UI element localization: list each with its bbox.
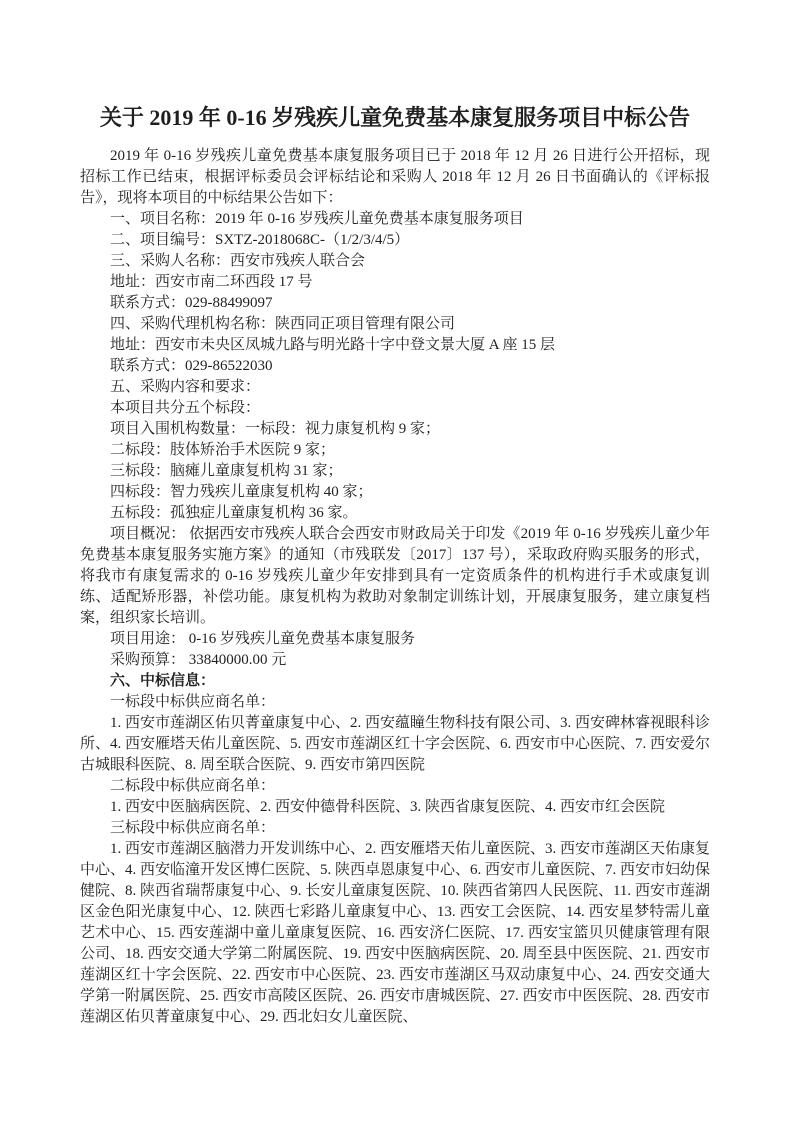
document-page: 关于 2019 年 0-16 岁残疾儿童免费基本康复服务项目中标公告 2019 … [0, 0, 800, 1131]
lot-2-shortlist-line: 二标段：肢体矫治手术医院 9 家； [80, 440, 710, 461]
lots-count-line: 本项目共分五个标段： [80, 398, 710, 419]
lot-5-shortlist-line: 五标段：孤独症儿童康复机构 36 家。 [80, 503, 710, 524]
lot-1-shortlist-line: 项目入围机构数量：一标段：视力康复机构 9 家； [80, 419, 710, 440]
procurement-budget-line: 采购预算： 33840000.00 元 [80, 650, 710, 671]
bid-list-1-supplier-names: 1. 西安市莲湖区佑贝菁童康复中心、2. 西安蕴瞳生物科技有限公司、3. 西安碑… [80, 715, 710, 773]
purchaser-contact-line: 联系方式：029-88499097 [80, 293, 710, 314]
bid-list-2-suppliers: 1. 西安中医脑病医院、2. 西安仲德骨科医院、3. 陕西省康复医院、4. 西安… [80, 797, 710, 818]
bid-list-2-heading: 二标段中标供应商名单： [80, 776, 710, 797]
bid-list-3-supplier-names: 1. 西安市莲湖区脑潜力开发训练中心、2. 西安雁塔天佑儿童医院、3. 西安市莲… [80, 841, 710, 1025]
agency-address-line: 地址：西安市未央区凤城九路与明光路十字中登文景大厦 A 座 15 层 [80, 335, 710, 356]
lot-3-shortlist-line: 三标段：脑瘫儿童康复机构 31 家； [80, 461, 710, 482]
bid-list-3-suppliers: 1. 西安市莲湖区脑潜力开发训练中心、2. 西安雁塔天佑儿童医院、3. 西安市莲… [80, 839, 710, 1028]
bid-list-2-supplier-names: 1. 西安中医脑病医院、2. 西安仲德骨科医院、3. 陕西省康复医院、4. 西安… [110, 799, 665, 815]
document-title: 关于 2019 年 0-16 岁残疾儿童免费基本康复服务项目中标公告 [80, 103, 710, 133]
project-overview-paragraph: 项目概况： 依据西安市残疾人联合会西安市财政局关于印发《2019 年 0-16 … [80, 524, 710, 629]
purchaser-address-line: 地址：西安市南二环西段 17 号 [80, 272, 710, 293]
bid-list-3-trailing-separator: 、 [403, 1009, 418, 1025]
lot-4-shortlist-line: 四标段：智力残疾儿童康复机构 40 家； [80, 482, 710, 503]
purchaser-name-line: 三、采购人名称：西安市残疾人联合会 [80, 251, 710, 272]
bid-list-1-suppliers: 1. 西安市莲湖区佑贝菁童康复中心、2. 西安蕴瞳生物科技有限公司、3. 西安碑… [80, 713, 710, 776]
project-purpose-line: 项目用途： 0-16 岁残疾儿童免费基本康复服务 [80, 629, 710, 650]
bid-list-1-heading: 一标段中标供应商名单： [80, 692, 710, 713]
project-name-line: 一、项目名称：2019 年 0-16 岁残疾儿童免费基本康复服务项目 [80, 209, 710, 230]
procurement-content-heading: 五、采购内容和要求： [80, 377, 710, 398]
bid-list-3-heading: 三标段中标供应商名单： [80, 818, 710, 839]
agency-name-line: 四、采购代理机构名称：陕西同正项目管理有限公司 [80, 314, 710, 335]
award-info-heading: 六、中标信息： [80, 671, 710, 692]
agency-contact-line: 联系方式：029-86522030 [80, 356, 710, 377]
intro-paragraph: 2019 年 0-16 岁残疾儿童免费基本康复服务项目已于 2018 年 12 … [80, 146, 710, 209]
project-number-line: 二、项目编号：SXTZ-2018068C-（1/2/3/4/5） [80, 230, 710, 251]
